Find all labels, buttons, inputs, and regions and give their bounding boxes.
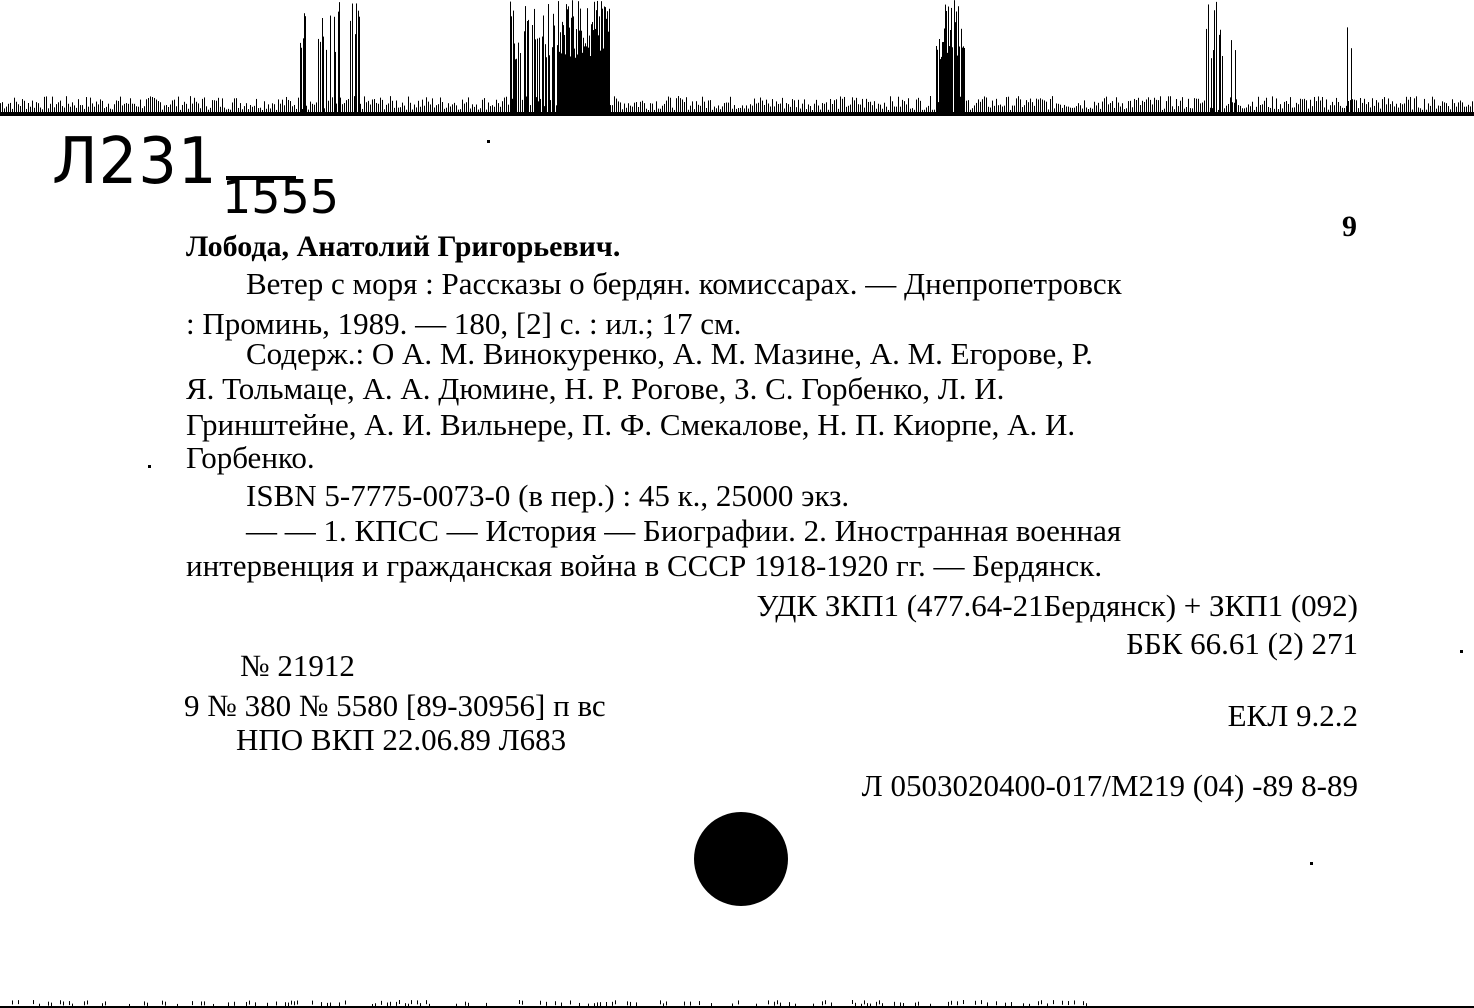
isbn-line: ISBN 5-7775-0073-0 (в пер.) : 45 к., 250… xyxy=(246,480,849,511)
catalog-code: Л 0503020400-017/М219 (04) -89 8-89 xyxy=(862,770,1358,801)
speck xyxy=(1460,650,1463,653)
handwritten-inventory-number: 1555 xyxy=(222,170,339,224)
title-line-2: : Проминь, 1989. — 180, [2] с. : ил.; 17… xyxy=(186,308,741,339)
ekl-code: ЕКЛ 9.2.2 xyxy=(1228,700,1358,731)
author-heading: Лобода, Анатолий Григорьевич. xyxy=(186,232,620,262)
speck xyxy=(1310,862,1313,865)
contents-line-4: Горбенко. xyxy=(186,442,315,473)
scan-edge-noise-top xyxy=(0,0,1474,130)
contents-line-3: Гринштейне, А. И. Вильнере, П. Ф. Смекал… xyxy=(186,409,1075,440)
subjects-line-2: интервенция и гражданская война в СССР 1… xyxy=(186,550,1102,581)
title-line-1: Ветер с моря : Рассказы о бердян. комисс… xyxy=(246,268,1362,299)
speck xyxy=(487,140,490,143)
bbk-code: ББК 66.61 (2) 271 xyxy=(1126,628,1358,659)
speck xyxy=(148,465,151,468)
card-punch-hole xyxy=(694,812,788,906)
print-line: 9 № 380 № 5580 [89-30956] п вс xyxy=(184,690,606,721)
handwritten-shelf-mark: Л231 xyxy=(52,125,218,199)
contents-line-1: Содерж.: О А. М. Винокуренко, А. М. Мази… xyxy=(246,338,1093,369)
npo-line: НПО ВКП 22.06.89 Л683 xyxy=(236,724,566,755)
subjects-line-1: — — 1. КПСС — История — Биографии. 2. Ин… xyxy=(246,515,1121,546)
corner-number: 9 xyxy=(1342,212,1357,242)
scan-edge-noise-bottom xyxy=(0,990,1474,1008)
record-number: № 21912 xyxy=(240,650,355,681)
contents-line-2: Я. Тольмаце, А. А. Дюмине, Н. Р. Рогове,… xyxy=(186,373,1004,404)
udk-code: УДК ЗКП1 (477.64-21Бердянск) + ЗКП1 (092… xyxy=(756,590,1358,621)
